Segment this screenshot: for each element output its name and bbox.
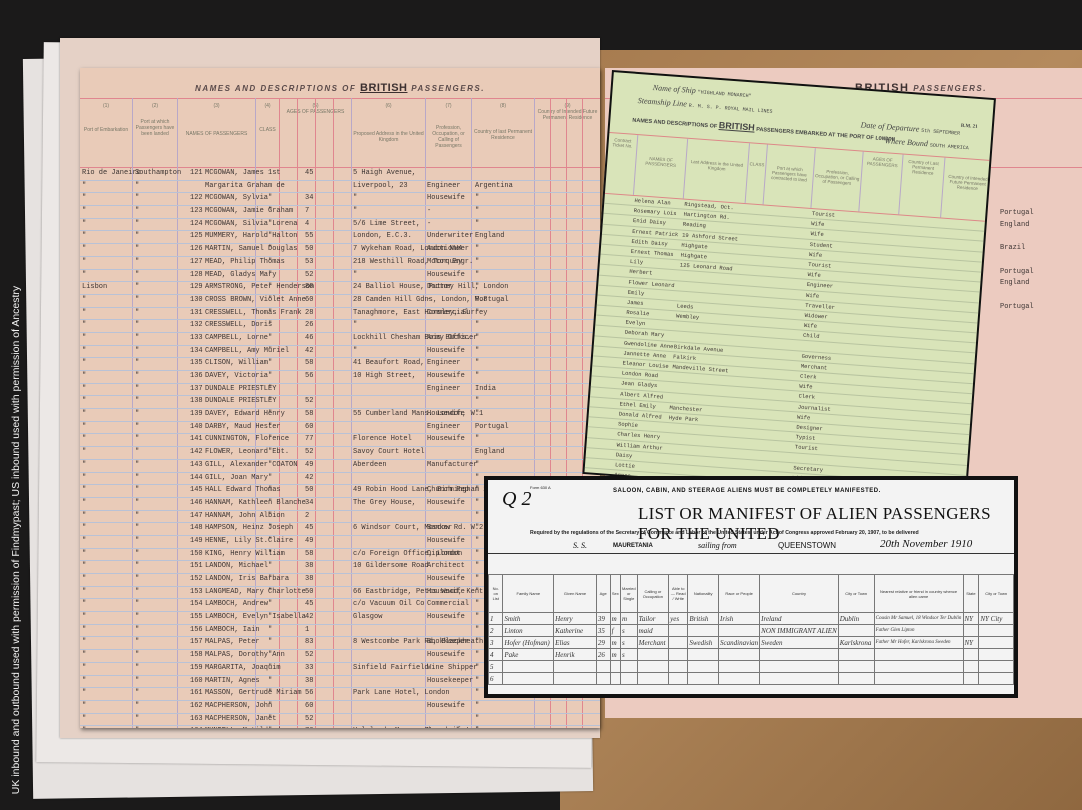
passenger-row: ""125MUMMERY, Harold Halton"55London, E.… bbox=[80, 231, 600, 244]
age: 60 bbox=[305, 423, 313, 431]
last-residence: " bbox=[475, 271, 479, 279]
class: " bbox=[268, 448, 272, 456]
address: Wembley bbox=[676, 312, 700, 321]
class: " bbox=[268, 537, 272, 545]
list-number: 155 bbox=[190, 613, 203, 621]
class: " bbox=[268, 385, 272, 393]
image-credit-caption: UK inbound and outbound used with permis… bbox=[3, 300, 29, 780]
cell-no: 5 bbox=[489, 661, 503, 673]
port-landed: " bbox=[135, 296, 139, 304]
age: 58 bbox=[305, 550, 313, 558]
address: " bbox=[353, 207, 357, 215]
caption-text: UK inbound and outbound used with permis… bbox=[10, 286, 22, 794]
passenger-row: ""134CAMPBELL, Amy Muriel"42"Housewife" bbox=[80, 346, 600, 359]
last-residence: " bbox=[475, 550, 479, 558]
port-landed: " bbox=[135, 410, 139, 418]
passenger-name: Albert Alfred bbox=[620, 390, 663, 400]
occupation: Housewife bbox=[427, 651, 465, 659]
last-residence: " bbox=[475, 702, 479, 710]
cell-age: 39 bbox=[596, 613, 610, 625]
sailing-date: 20th November 1910 bbox=[880, 538, 972, 550]
occupation: Tourist bbox=[812, 210, 836, 219]
passenger-row: Rio de JaneiroSouthampton121MCGOWAN, Jam… bbox=[80, 168, 600, 181]
cell-nationality bbox=[688, 649, 719, 661]
port-embarkation: " bbox=[82, 715, 86, 723]
port-landed: " bbox=[135, 182, 139, 190]
port-embarkation: " bbox=[82, 600, 86, 608]
occupation: Architect bbox=[427, 562, 465, 570]
occupation: Banker bbox=[427, 524, 452, 532]
passenger-row: ""141CUNNINGTON, Florence"77Florence Hot… bbox=[80, 434, 600, 447]
regulation-text: Required by the regulations of the Secre… bbox=[530, 530, 919, 536]
port-landed: " bbox=[135, 600, 139, 608]
list-number: 122 bbox=[190, 194, 203, 202]
passenger-name: Enid Daisy bbox=[633, 217, 666, 226]
age: 80 bbox=[305, 283, 313, 291]
passenger-row: ""140DARBY, Maud Hester"60EngineerPortug… bbox=[80, 422, 600, 435]
class: " bbox=[268, 600, 272, 608]
cell-family: Smith bbox=[503, 613, 554, 625]
us-manifest-row: 2LintonKatherine35fsmaidNON IMMIGRANT AL… bbox=[489, 625, 1014, 637]
cell-sex: f bbox=[610, 625, 620, 637]
form-number: B.M. 21 bbox=[961, 124, 978, 130]
age: 56 bbox=[305, 689, 313, 697]
cell-city bbox=[838, 673, 874, 685]
passenger-row: ""122MCGOWAN, Sylvia"34"Housewife" bbox=[80, 193, 600, 206]
passenger-name: Donald Alfred bbox=[619, 410, 662, 420]
cell-no: 2 bbox=[489, 625, 503, 637]
last-residence: " bbox=[475, 537, 479, 545]
col-header-occupation: (7)Profession, Occupation, or Calling of… bbox=[425, 99, 471, 167]
passenger-name: Charles Henry bbox=[617, 431, 660, 441]
last-residence: " bbox=[475, 727, 479, 728]
age: 49 bbox=[305, 537, 313, 545]
address: Highgate bbox=[681, 241, 708, 250]
list-number: 135 bbox=[190, 359, 203, 367]
cell-ms: m bbox=[621, 613, 638, 625]
port-landed: " bbox=[135, 562, 139, 570]
last-residence: " bbox=[475, 651, 479, 659]
occupation: Wine Shipper bbox=[427, 664, 477, 672]
port-landed: " bbox=[135, 461, 139, 469]
last-residence: Portugal bbox=[475, 296, 509, 304]
list-number: 145 bbox=[190, 486, 203, 494]
cell-age: 26 bbox=[596, 649, 610, 661]
passenger-name: MCGOWAN, Jamie Graham bbox=[205, 207, 293, 215]
port-embarkation: " bbox=[82, 334, 86, 342]
passenger-name: CRESSWELL, Doris bbox=[205, 321, 272, 329]
port-embarkation: " bbox=[82, 435, 86, 443]
address: Aberdeen bbox=[353, 461, 387, 469]
last-residence: " bbox=[475, 562, 479, 570]
class: " bbox=[268, 435, 272, 443]
port-embarkation: " bbox=[82, 562, 86, 570]
passenger-name: GILL, Joan Mary bbox=[205, 474, 268, 482]
list-number: 144 bbox=[190, 474, 203, 482]
last-residence: " bbox=[475, 512, 479, 520]
class: " bbox=[268, 550, 272, 558]
age: 45 bbox=[305, 169, 313, 177]
class: " bbox=[268, 727, 272, 728]
passenger-name: CLISON, William bbox=[205, 359, 268, 367]
cell-given: Henrik bbox=[554, 649, 597, 661]
cell-relative: Cousin Mr Samuel, 18 Windsor Ter Dublin bbox=[874, 613, 963, 625]
cell-read bbox=[669, 637, 688, 649]
cell-no: 4 bbox=[489, 649, 503, 661]
passenger-name: DAVEY, Edward Henry bbox=[205, 410, 285, 418]
passenger-name: MALPAS, Peter bbox=[205, 638, 260, 646]
occupation: Church Rep bbox=[427, 486, 469, 494]
cell-given bbox=[554, 673, 597, 685]
us-manifest-row: 1SmithHenry39mmTailoryesBritishIrishIrel… bbox=[489, 613, 1014, 625]
list-number: 123 bbox=[190, 207, 203, 215]
passenger-row: ""162MACPHERSON, John"60Housewife" bbox=[80, 701, 600, 714]
cell-state: NY bbox=[963, 613, 979, 625]
passenger-name: Jean Gladys bbox=[621, 380, 658, 390]
occupation: Clerk bbox=[800, 373, 817, 381]
cell-read bbox=[669, 661, 688, 673]
passenger-row: ""127MEAD, Philip Thomas"53218 Westhill … bbox=[80, 257, 600, 270]
list-number: 127 bbox=[190, 258, 203, 266]
address: " bbox=[353, 271, 357, 279]
list-number: 160 bbox=[190, 677, 203, 685]
passenger-name: MARTIN, Agnes bbox=[205, 677, 260, 685]
passenger-name: GILL, Alexander COATON bbox=[205, 461, 297, 469]
port-embarkation: " bbox=[82, 448, 86, 456]
port-landed: " bbox=[135, 347, 139, 355]
class: " bbox=[268, 321, 272, 329]
port-landed: " bbox=[135, 524, 139, 532]
list-number: 150 bbox=[190, 550, 203, 558]
last-residence: " bbox=[475, 613, 479, 621]
list-number: 133 bbox=[190, 334, 203, 342]
col-header-last-residence: (8)Country of last Permanent Residence bbox=[471, 99, 534, 167]
us-manifest-row: 4PakeHenrik26ms bbox=[489, 649, 1014, 661]
address: Florence Hotel bbox=[353, 435, 412, 443]
passenger-name: DAVEY, Victoria bbox=[205, 372, 268, 380]
age: 38 bbox=[305, 677, 313, 685]
age: 60 bbox=[305, 702, 313, 710]
passenger-row: ""Margarita Graham deLiverpool, 23Engine… bbox=[80, 181, 600, 194]
occupation: Traveller bbox=[805, 301, 835, 310]
class: " bbox=[268, 309, 272, 317]
age: 55 bbox=[305, 232, 313, 240]
port-landed: " bbox=[135, 435, 139, 443]
class: " bbox=[268, 271, 272, 279]
list-number: 158 bbox=[190, 651, 203, 659]
address: Liverpool, 23 bbox=[353, 182, 408, 190]
occupation: Housewife bbox=[427, 575, 465, 583]
port-embarkation: " bbox=[82, 550, 86, 558]
manifest-title: NAMES AND DESCRIPTIONS OF BRITISH PASSEN… bbox=[80, 82, 600, 94]
cell-sex bbox=[610, 661, 620, 673]
port-embarkation: " bbox=[82, 461, 86, 469]
cell-dest bbox=[979, 661, 1014, 673]
cell-ms bbox=[621, 661, 638, 673]
age: 45 bbox=[305, 600, 313, 608]
us-manifest-table: No. on List Family Name Given Name Age S… bbox=[488, 574, 1014, 685]
age: 56 bbox=[305, 372, 313, 380]
cell-race bbox=[719, 649, 760, 661]
class: " bbox=[268, 410, 272, 418]
cell-no: 1 bbox=[489, 613, 503, 625]
age: 77 bbox=[305, 435, 313, 443]
passenger-row: ""123MCGOWAN, Jamie Graham"7"-" bbox=[80, 206, 600, 219]
occupation: Auctioneer bbox=[427, 245, 469, 253]
cell-given: Henry bbox=[554, 613, 597, 625]
passenger-name: Daisy bbox=[616, 451, 633, 459]
port-landed: " bbox=[135, 537, 139, 545]
cell-occupation: maid bbox=[637, 625, 669, 637]
cell-dest bbox=[979, 673, 1014, 685]
port-landed: " bbox=[135, 588, 139, 596]
last-residence: " bbox=[475, 194, 479, 202]
passenger-name: MACPHERSON, John bbox=[205, 702, 272, 710]
passenger-name: CAMPBELL, Amy Muriel bbox=[205, 347, 289, 355]
passenger-name: LANGMEAD, Mary Charlotte bbox=[205, 588, 306, 596]
list-number: 152 bbox=[190, 575, 203, 583]
list-number: 126 bbox=[190, 245, 203, 253]
last-residence: Argentina bbox=[475, 182, 513, 190]
cell-country: Sweden bbox=[760, 637, 839, 649]
port-embarkation: " bbox=[82, 638, 86, 646]
port-embarkation: " bbox=[82, 702, 86, 710]
occupation: Housewife bbox=[427, 588, 465, 596]
passenger-name: LAMBOCH, Evelyn Isabella bbox=[205, 613, 306, 621]
passenger-row: Lisbon"129ARMSTRONG, Peter Henderson"802… bbox=[80, 282, 600, 295]
list-number: 163 bbox=[190, 715, 203, 723]
occupation: Merchant bbox=[801, 362, 828, 371]
list-number: 136 bbox=[190, 372, 203, 380]
last-residence: " bbox=[475, 435, 479, 443]
age: 38 bbox=[305, 575, 313, 583]
cell-family: Hofer (Hofman) bbox=[503, 637, 554, 649]
cell-family bbox=[503, 661, 554, 673]
cell-no: 6 bbox=[489, 673, 503, 685]
passenger-row: ""143GILL, Alexander COATON"49AberdeenMa… bbox=[80, 460, 600, 473]
last-residence: England bbox=[475, 448, 504, 456]
age: 83 bbox=[305, 638, 313, 646]
list-number: 148 bbox=[190, 524, 203, 532]
right-sheet-countries: Portugal England Brazil Portugal England… bbox=[1000, 208, 1034, 313]
class: " bbox=[268, 664, 272, 672]
cell-read: yes bbox=[669, 613, 688, 625]
passenger-name: MARTIN, Samuel Douglas bbox=[205, 245, 297, 253]
port-embarkation: " bbox=[82, 207, 86, 215]
last-residence: " bbox=[475, 524, 479, 532]
cell-age bbox=[596, 661, 610, 673]
cell-city bbox=[838, 625, 874, 637]
port-landed: " bbox=[135, 486, 139, 494]
occupation: Housewife bbox=[427, 435, 465, 443]
address: " bbox=[353, 347, 357, 355]
age: 60 bbox=[305, 296, 313, 304]
occupation: Engineer bbox=[427, 182, 461, 190]
cell-occupation: Merchant bbox=[637, 637, 669, 649]
address: " bbox=[353, 321, 357, 329]
steamship-line-field: Steamship Line R. M. S. P. ROYAL MAIL LI… bbox=[638, 96, 773, 115]
cell-family: Linton bbox=[503, 625, 554, 637]
age: 58 bbox=[305, 410, 313, 418]
passenger-name: Evelyn bbox=[625, 319, 645, 327]
occupation: Typist bbox=[795, 434, 815, 442]
class: " bbox=[268, 372, 272, 380]
occupation: Housewife bbox=[427, 613, 465, 621]
port-embarkation: " bbox=[82, 588, 86, 596]
ss-label: S. S. bbox=[573, 541, 587, 550]
class: " bbox=[268, 702, 272, 710]
list-number: 139 bbox=[190, 410, 203, 418]
occupation: Wife bbox=[811, 220, 825, 228]
passenger-row: ""142FLOWER, Leonard Ebt."52Savoy Court … bbox=[80, 447, 600, 460]
col-header-address: (6)Proposed Address in the United Kingdo… bbox=[351, 99, 425, 167]
class: " bbox=[268, 575, 272, 583]
address: 5 Haigh Avenue, bbox=[353, 169, 416, 177]
port-embarkation: " bbox=[82, 677, 86, 685]
occupation: Student bbox=[810, 241, 834, 250]
occupation: Diplomat bbox=[427, 550, 461, 558]
cell-occupation bbox=[637, 661, 669, 673]
last-residence: " bbox=[475, 309, 479, 317]
port-landed: " bbox=[135, 207, 139, 215]
port-embarkation: " bbox=[82, 613, 86, 621]
col-header-future-residence: (9)Country of Intended Future Permanent … bbox=[534, 99, 600, 167]
address: Holmlands Manor, Shepshed, Leics bbox=[353, 727, 487, 728]
list-number: 129 bbox=[190, 283, 203, 291]
class: " bbox=[268, 613, 272, 621]
age: 49 bbox=[305, 461, 313, 469]
passenger-name: DUNDALE PRIESTLEY bbox=[205, 397, 276, 405]
port-embarkation: " bbox=[82, 347, 86, 355]
port-landed: " bbox=[135, 271, 139, 279]
port-landed: " bbox=[135, 550, 139, 558]
port-landed: " bbox=[135, 664, 139, 672]
cell-read bbox=[669, 625, 688, 637]
age: 52 bbox=[305, 651, 313, 659]
passenger-name: MALPAS, Dorothy Ann bbox=[205, 651, 285, 659]
departure-port: QUEENSTOWN bbox=[778, 541, 836, 550]
last-residence: " bbox=[475, 334, 479, 342]
last-residence: " bbox=[475, 626, 479, 634]
cell-dest bbox=[979, 649, 1014, 661]
occupation: Engineer bbox=[807, 281, 834, 290]
cell-occupation bbox=[637, 649, 669, 661]
list-number: 162 bbox=[190, 702, 203, 710]
port-landed: " bbox=[135, 321, 139, 329]
age: 50 bbox=[305, 245, 313, 253]
cell-race bbox=[719, 661, 760, 673]
class: " bbox=[268, 194, 272, 202]
passenger-row: ""135CLISON, William"5841 Beaufort Road,… bbox=[80, 358, 600, 371]
cell-race bbox=[719, 625, 760, 637]
port-embarkation: " bbox=[82, 245, 86, 253]
cell-given: Elias bbox=[554, 637, 597, 649]
age: 1 bbox=[305, 626, 309, 634]
list-number: 161 bbox=[190, 689, 203, 697]
form-label: Form 630 A bbox=[530, 485, 551, 490]
port-landed: " bbox=[135, 626, 139, 634]
occupation: - bbox=[427, 296, 431, 304]
port-embarkation: " bbox=[82, 575, 86, 583]
cell-dest bbox=[979, 625, 1014, 637]
port-embarkation: " bbox=[82, 359, 86, 367]
class: " bbox=[268, 423, 272, 431]
address: Highgate bbox=[680, 251, 707, 260]
cell-country bbox=[760, 661, 839, 673]
list-number: 143 bbox=[190, 461, 203, 469]
occupation: Wife bbox=[799, 383, 813, 391]
cell-ms: s bbox=[621, 637, 638, 649]
occupation: Designer bbox=[796, 423, 823, 432]
age: 26 bbox=[305, 321, 313, 329]
last-residence: " bbox=[475, 321, 479, 329]
class: " bbox=[268, 715, 272, 723]
last-residence: " bbox=[475, 397, 479, 405]
port-landed: " bbox=[135, 194, 139, 202]
class: " bbox=[268, 524, 272, 532]
list-number: 142 bbox=[190, 448, 203, 456]
port-embarkation: " bbox=[82, 296, 86, 304]
passenger-name: MEAD, Gladys Mary bbox=[205, 271, 276, 279]
cell-nationality: British bbox=[688, 613, 719, 625]
passenger-name: CUNNINGTON, Florence bbox=[205, 435, 289, 443]
port-embarkation: " bbox=[82, 512, 86, 520]
page-mark: Q 2 bbox=[502, 488, 531, 511]
port-embarkation: " bbox=[82, 486, 86, 494]
passenger-name: Lily bbox=[630, 258, 644, 266]
passenger-name: MCGOWAN, James bbox=[205, 169, 264, 177]
passenger-row: ""163MACPHERSON, Janet"52" bbox=[80, 714, 600, 727]
age: 58 bbox=[305, 359, 313, 367]
port-embarkation: " bbox=[82, 651, 86, 659]
cell-read bbox=[669, 649, 688, 661]
port-embarkation: " bbox=[82, 271, 86, 279]
cell-city bbox=[838, 661, 874, 673]
last-residence: " bbox=[475, 347, 479, 355]
cell-state bbox=[963, 661, 979, 673]
green-outbound-manifest: Name of Ship "HIGHLAND MONARCH" Steamshi… bbox=[582, 70, 996, 502]
age: 46 bbox=[305, 334, 313, 342]
occupation: Housewife bbox=[427, 194, 465, 202]
cell-no: 3 bbox=[489, 637, 503, 649]
class: " bbox=[268, 334, 272, 342]
last-residence: " bbox=[475, 600, 479, 608]
occupation: Widower bbox=[804, 312, 828, 321]
port-landed: " bbox=[135, 245, 139, 253]
passenger-name: MUMMERY, Harold Halton bbox=[205, 232, 297, 240]
occupation: Journalist bbox=[798, 403, 831, 412]
address: 6 Windsor Court, Moscow Rd. W.2 bbox=[353, 524, 483, 532]
list-number: 128 bbox=[190, 271, 203, 279]
age: 2 bbox=[305, 512, 309, 520]
cell-given: Katherine bbox=[554, 625, 597, 637]
port-landed: " bbox=[135, 232, 139, 240]
last-residence: " bbox=[475, 588, 479, 596]
last-residence: " bbox=[475, 715, 479, 723]
cell-sex bbox=[610, 673, 620, 685]
port-landed: " bbox=[135, 727, 139, 728]
last-residence: India bbox=[475, 385, 496, 393]
cell-country: NON IMMIGRANT ALIEN bbox=[760, 625, 839, 637]
cell-state bbox=[963, 673, 979, 685]
list-number: 124 bbox=[190, 220, 203, 228]
address: 41 Beaufort Road, bbox=[353, 359, 424, 367]
class: " bbox=[268, 220, 272, 228]
passenger-name: MACPHERSON, Janet bbox=[205, 715, 276, 723]
us-manifest-row: 5 bbox=[489, 661, 1014, 673]
cell-nationality: Swedish bbox=[688, 637, 719, 649]
cell-city bbox=[838, 649, 874, 661]
